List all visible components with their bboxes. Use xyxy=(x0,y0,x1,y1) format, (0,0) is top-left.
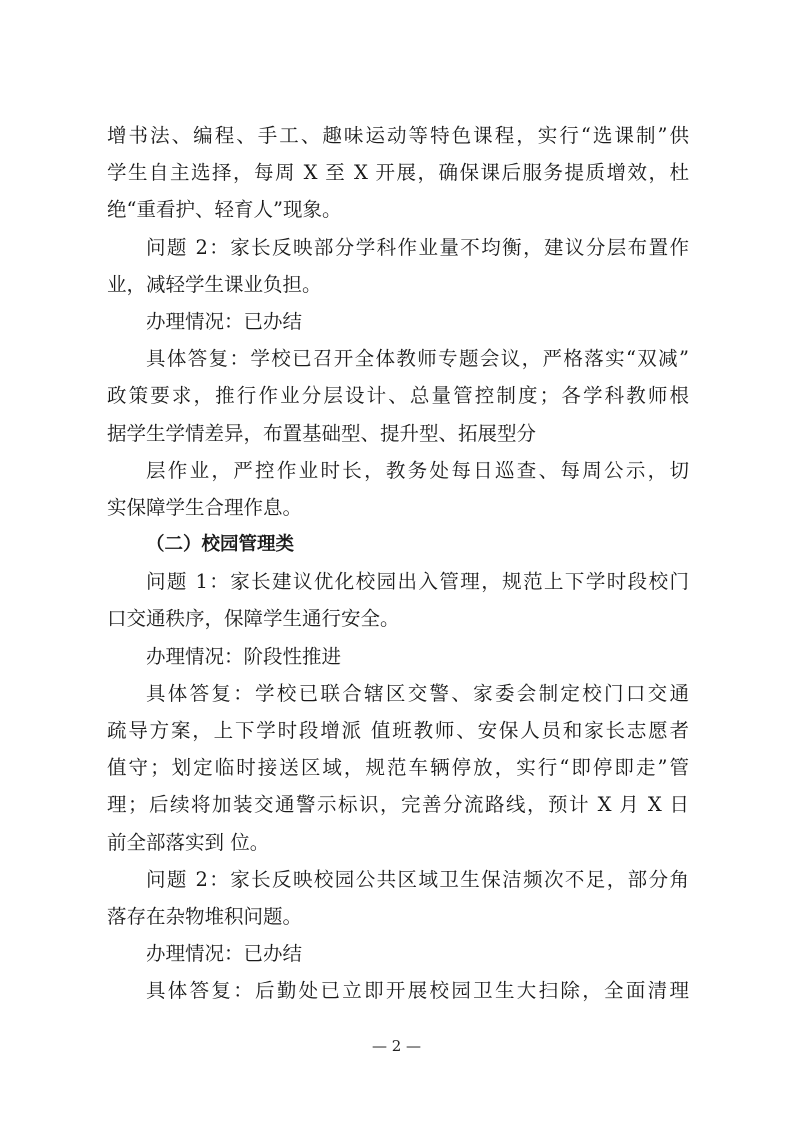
answer-line: 具体答复：后勤处已立即开展校园卫生大扫除，全面清理 xyxy=(107,972,689,1009)
page-number: — 2 — xyxy=(0,1037,793,1055)
status-line: 办理情况：阶段性推进 xyxy=(107,638,689,675)
answer-line: 具体答复：学校已召开全体教师专题会议，严格落实“双减” xyxy=(107,340,689,377)
answer-line: 前全部落实到 位。 xyxy=(107,824,689,861)
answer-line: 具体答复：学校已联合辖区交警、家委会制定校门口交通 xyxy=(107,675,689,712)
answer-line: 值守；划定临时接送区域，规范车辆停放，实行“即停即走”管 xyxy=(107,749,689,786)
text-line: 增书法、编程、手工、趣味运动等特色课程，实行“选课制”供 xyxy=(107,117,689,154)
question-line: 落存在杂物堆积问题。 xyxy=(107,898,689,935)
answer-line: 层作业，严控作业时长，教务处每日巡查、每周公示，切 xyxy=(107,452,689,489)
question-line: 业，减轻学生课业负担。 xyxy=(107,266,689,303)
question-line: 问题 1：家长建议优化校园出入管理，规范上下学时段校门 xyxy=(107,563,689,600)
question-line: 口交通秩序，保障学生通行安全。 xyxy=(107,600,689,637)
status-line: 办理情况：已办结 xyxy=(107,935,689,972)
answer-line: 据学生学情差异，布置基础型、提升型、拓展型分 xyxy=(107,415,689,452)
answer-line: 理；后续将加装交通警示标识，完善分流路线，预计 X 月 X 日 xyxy=(107,786,689,823)
question-line: 问题 2：家长反映部分学科作业量不均衡，建议分层布置作 xyxy=(107,229,689,266)
answer-line: 实保障学生合理作息。 xyxy=(107,489,689,526)
section-heading: （二）校园管理类 xyxy=(107,526,689,563)
answer-line: 疏导方案，上下学时段增派 值班教师、安保人员和家长志愿者 xyxy=(107,712,689,749)
question-line: 问题 2：家长反映校园公共区域卫生保洁频次不足，部分角 xyxy=(107,861,689,898)
answer-line: 政策要求，推行作业分层设计、总量管控制度；各学科教师根 xyxy=(107,377,689,414)
text-line: 绝“重看护、轻育人”现象。 xyxy=(107,191,689,228)
document-body: 增书法、编程、手工、趣味运动等特色课程，实行“选课制”供 学生自主选择，每周 X… xyxy=(107,117,689,1010)
status-line: 办理情况：已办结 xyxy=(107,303,689,340)
text-line: 学生自主选择，每周 X 至 X 开展，确保课后服务提质增效，杜 xyxy=(107,154,689,191)
